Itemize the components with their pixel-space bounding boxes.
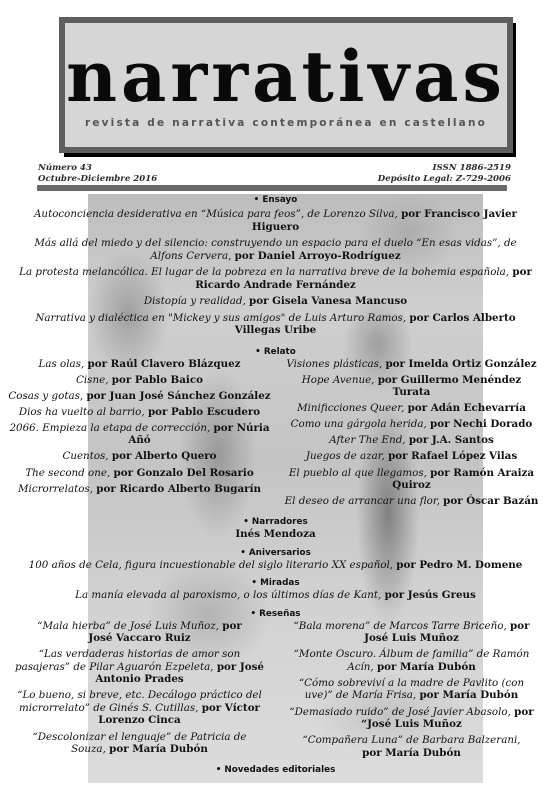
toc-entry[interactable]: “Mala hierba” de José Luis Muñoz, por Jo… [25,620,255,645]
section-heading-ensayo: • Ensayo [0,195,551,206]
toc-entry[interactable]: El deseo de arrancar una flor, por Óscar… [284,495,540,508]
masthead: narrativas revista de narrativa contempo… [59,17,513,153]
toc-entry[interactable]: Las olas, por Raúl Clavero Blázquez [7,358,273,371]
entry-author: por María Dubón [419,689,518,701]
entry-author: por Pablo Escudero [148,406,260,418]
entry-title: Narrativa y dialéctica en "Mickey y sus … [35,312,406,324]
entry-title: “Bala morena” de Marcos Tarre Briceño, [294,620,507,632]
entry-author: por Alberto Quero [112,450,217,462]
issue-info-right: ISSN 1886-2519 Depósito Legal: Z-729-200… [378,163,511,185]
entry-title: Como una gárgola herida, [291,418,427,430]
entry-author: Inés Mendoza [235,528,315,540]
entry-title: La manía elevada al paroxismo, o los últ… [75,589,381,601]
entry-title: Cosas y gotas, [8,390,83,402]
section-heading-aniversarios: • Aniversarios [0,548,551,559]
entry-author: por J.A. Santos [409,434,494,446]
resenas-left-column: “Mala hierba” de José Luis Muñoz, por Jo… [4,620,276,763]
entry-author: por Gonzalo Del Rosario [114,467,254,479]
entry-title: Hope Avenue, [302,374,375,386]
toc-entry[interactable]: Como una gárgola herida, por Nechi Dorad… [284,418,540,431]
toc-entry[interactable]: After The End, por J.A. Santos [284,434,540,447]
entry-title: La protesta melancólica. El lugar de la … [19,266,509,278]
toc-entry[interactable]: “Lo bueno, si breve, etc. Decálogo práct… [17,689,262,727]
toc-entry[interactable]: Minificciones Queer, por Adán Echevarría [284,402,540,415]
entry-author: por María Dubón [362,747,461,759]
entry-title: 100 años de Cela, figura incuestionable … [29,559,393,571]
entry-title: “Compañera Luna” de Barbara Balzerani, [302,734,520,746]
toc-entry[interactable]: Cuentos, por Alberto Quero [7,450,273,463]
entry-title: Cuentos, [62,450,108,462]
toc-entry[interactable]: “Cómo sobreviví a la madre de Pavlito (c… [292,677,532,702]
entry-author: por Raúl Clavero Blázquez [88,358,241,370]
entry-author: por Daniel Arroyo-Rodríguez [235,250,401,262]
resenas-columns: “Mala hierba” de José Luis Muñoz, por Jo… [0,620,551,763]
entry-title: “Mala hierba” de José Luis Muñoz, [37,620,219,632]
legal-deposit: Depósito Legal: Z-729-2006 [378,174,511,185]
issue-info-left: Número 43 Octubre-Diciembre 2016 [38,163,157,185]
toc-entry[interactable]: Distopía y realidad, por Gisela Vanesa M… [18,295,533,308]
issn: ISSN 1886-2519 [378,163,511,174]
magazine-title: narrativas [65,37,507,117]
toc-entry[interactable]: “Las verdaderas historias de amor son pa… [15,648,265,686]
entry-author: por María Dubón [377,661,476,673]
section-heading-novedades: • Novedades editoriales [0,765,551,776]
toc-entry[interactable]: La protesta melancólica. El lugar de la … [18,266,533,291]
entry-title: “Las verdaderas historias de amor son pa… [15,648,240,673]
entry-title: Dios ha vuelto al barrio, [19,406,145,418]
toc-entry[interactable]: Hope Avenue, por Guillermo Menéndez Tura… [284,374,540,399]
toc-entry[interactable]: El pueblo al que llegamos, por Ramón Ara… [284,467,540,492]
entry-title: El deseo de arrancar una flor, [285,495,440,507]
entry-author: por Óscar Bazán [443,495,538,507]
toc-entry[interactable]: 2066. Empieza la etapa de corrección, po… [7,422,273,447]
entry-title: El pueblo al que llegamos, [289,467,427,479]
entry-author: por Nechi Dorado [430,418,532,430]
toc-entry[interactable]: The second one, por Gonzalo Del Rosario [7,467,273,480]
entry-title: Visiones plásticas, [286,358,382,370]
toc-entry[interactable]: “Monte Oscuro. Álbum de familia” de Ramó… [292,648,532,673]
entry-author: por Ricardo Alberto Bugarín [96,483,261,495]
entry-title: Autoconciencia desiderativa en “Música p… [34,208,398,220]
resenas-right-column: “Bala morena” de Marcos Tarre Briceño, p… [276,620,548,763]
toc-entry[interactable]: Dios ha vuelto al barrio, por Pablo Escu… [7,406,273,419]
header-rule [37,185,507,191]
entry-author: por Pedro M. Domene [396,559,522,571]
relato-columns: Las olas, por Raúl Clavero Blázquez Cisn… [0,358,551,512]
toc-entry[interactable]: Más allá del miedo y del silencio: const… [18,237,533,262]
toc-entry[interactable]: “Descolonizar el lenguaje” de Patricia d… [15,731,265,756]
toc-entry[interactable]: “Bala morena” de Marcos Tarre Briceño, p… [292,620,532,645]
entry-author: por Pablo Baico [112,374,203,386]
entry-author: por Adán Echevarría [408,402,526,414]
toc-entry[interactable]: Cosas y gotas, por Juan José Sánchez Gon… [7,390,273,403]
toc-entry[interactable]: Microrrelatos, por Ricardo Alberto Bugar… [7,483,273,496]
toc-entry[interactable]: Narrativa y dialéctica en "Mickey y sus … [18,312,533,337]
magazine-subtitle: revista de narrativa contemporánea en ca… [65,117,507,129]
toc-entry[interactable]: Cisne, por Pablo Baico [7,374,273,387]
entry-title: Distopía y realidad, [144,295,246,307]
toc-entry[interactable]: Autoconciencia desiderativa en “Música p… [18,208,533,233]
entry-author: por Juan José Sánchez González [86,390,270,402]
section-heading-narradores: • Narradores [0,517,551,528]
section-heading-miradas: • Miradas [0,578,551,589]
entry-title: Minificciones Queer, [297,402,404,414]
entry-title: 2066. Empieza la etapa de corrección, [10,422,211,434]
toc-entry[interactable]: Visiones plásticas, por Imelda Ortiz Gon… [284,358,540,371]
relato-left-column: Las olas, por Raúl Clavero Blázquez Cisn… [4,358,276,512]
entry-author: por Gisela Vanesa Mancuso [249,295,407,307]
toc-entry[interactable]: La manía elevada al paroxismo, o los últ… [18,589,533,602]
issue-number: Número 43 [38,163,157,174]
toc-entry[interactable]: Juegos de azar, por Rafael López Vilas [284,450,540,463]
toc-entry[interactable]: 100 años de Cela, figura incuestionable … [18,559,533,572]
entry-author: por Guillermo Menéndez Turata [378,374,522,399]
toc-entry[interactable]: “Demasiado ruido” de José Javier Abasolo… [287,706,537,731]
entry-title: Juegos de azar, [306,450,385,462]
section-heading-relato: • Relato [0,347,551,358]
entry-title: Las olas, [39,358,85,370]
entry-author: por María Dubón [109,743,208,755]
toc-entry[interactable]: Inés Mendoza [18,528,533,541]
entry-author: por Jesús Greus [385,589,476,601]
toc-entry[interactable]: “Compañera Luna” de Barbara Balzerani, p… [292,734,532,759]
entry-title: After The End, [329,434,405,446]
entry-author: por Imelda Ortiz González [385,358,536,370]
relato-right-column: Visiones plásticas, por Imelda Ortiz Gon… [276,358,548,512]
entry-title: The second one, [25,467,110,479]
issue-period: Octubre-Diciembre 2016 [38,174,157,185]
entry-title: Microrrelatos, [18,483,93,495]
entry-author: por Rafael López Vilas [388,450,517,462]
entry-title: “Demasiado ruido” de José Javier Abasolo… [289,706,511,718]
entry-title: Cisne, [76,374,108,386]
section-heading-resenas: • Reseñas [0,609,551,620]
table-of-contents: • Ensayo Autoconciencia desiderativa en … [0,195,551,776]
